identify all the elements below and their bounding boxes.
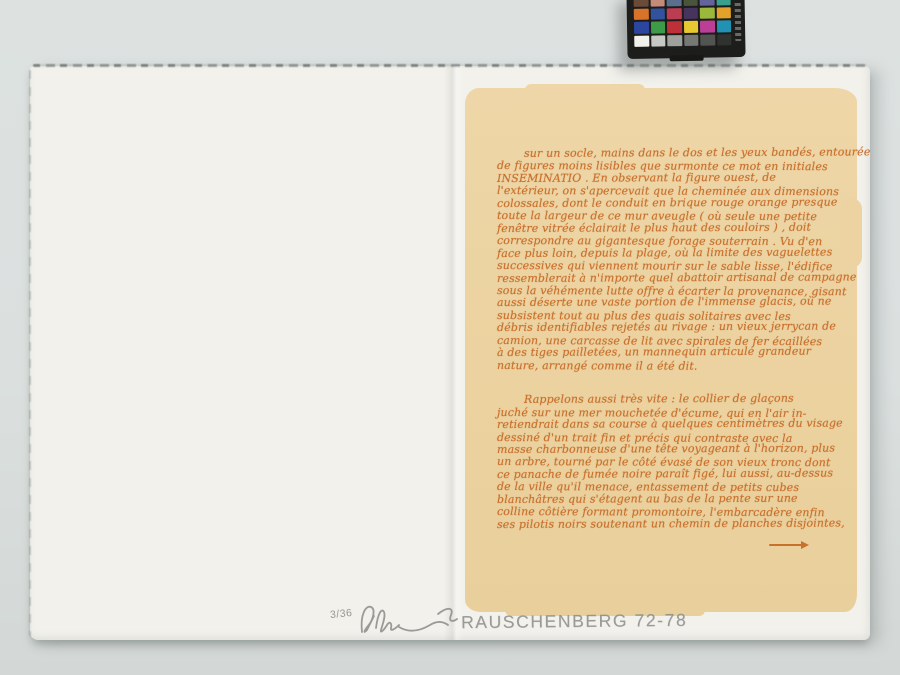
arrow-shaft: [769, 544, 804, 546]
card-bottom-tab: [670, 55, 704, 62]
manuscript-paragraph-1: sur un socle, mains dans le dos et les y…: [497, 148, 829, 372]
manuscript-text: sur un socle, mains dans le dos et les y…: [497, 148, 829, 549]
card-label-strip: [735, 0, 742, 41]
handwritten-line: ressemblerait à n'importe quel abattoir …: [497, 271, 829, 285]
color-patch: [699, 0, 714, 5]
edition-number: 3/36: [329, 607, 353, 621]
color-patch: [700, 7, 715, 19]
handwritten-line: à des tiges pailletées, un mannequin art…: [497, 346, 829, 360]
color-patch: [684, 34, 699, 46]
handwritten-line: colossales, dont le conduit en brique ro…: [497, 196, 829, 210]
color-patch: [683, 21, 698, 33]
color-patch: [667, 8, 682, 20]
color-patch: [700, 21, 715, 33]
color-patch: [717, 34, 732, 46]
handwritten-line: ses pilotis noirs soutenant un chemin de…: [497, 517, 829, 531]
color-patch: [700, 34, 715, 46]
handwritten-line: débris identifiables rejetés au rivage :…: [497, 321, 829, 335]
color-patch: [634, 22, 649, 34]
color-patch: [683, 7, 698, 19]
center-fold: [444, 66, 464, 640]
color-patch: [650, 8, 665, 20]
edition-and-signature: 3/36: [330, 598, 465, 644]
printed-plate: sur un socle, mains dans le dos et les y…: [465, 88, 857, 612]
color-checker-grid: [633, 0, 731, 47]
handwritten-line: face plus loin, depuis la plage, où la l…: [497, 246, 829, 260]
color-patch: [667, 35, 682, 47]
color-patch: [716, 0, 731, 5]
photo-stage: sur un socle, mains dans le dos et les y…: [0, 0, 900, 675]
folio-sheet: sur un socle, mains dans le dos et les y…: [30, 66, 870, 640]
handwritten-line: blanchâtres qui s'étagent au bas de la p…: [497, 492, 829, 506]
color-checker-card: [626, 0, 745, 59]
color-patch: [651, 35, 666, 47]
color-patch: [634, 8, 649, 20]
color-patch: [666, 0, 681, 6]
deckled-left-edge: [29, 70, 31, 636]
handwritten-line: fenêtre vitrée éclairait le plus haut de…: [497, 221, 829, 235]
color-patch: [650, 21, 665, 33]
color-patch: [716, 20, 731, 32]
color-patch: [634, 35, 649, 47]
handwritten-line: retiendrait dans sa course à quelques ce…: [497, 418, 829, 432]
handwritten-line: nature, arrangé comme il a été dit.: [497, 360, 829, 374]
arrow-head-icon: [801, 541, 809, 549]
arrow-mark: [769, 540, 809, 549]
color-patch: [683, 0, 698, 6]
handwritten-line: aussi déserte une vaste portion de l'imm…: [497, 296, 829, 310]
handwritten-line: Rappelons aussi très vite : le collier d…: [497, 393, 829, 407]
color-patch: [716, 7, 731, 19]
color-patch: [650, 0, 665, 6]
color-patch: [667, 21, 682, 33]
plate-edge-bump: [525, 84, 645, 96]
manuscript-paragraph-2: Rappelons aussi très vite : le collier d…: [497, 394, 829, 531]
plate-edge-bump: [840, 198, 862, 268]
color-patch: [633, 0, 648, 6]
artist-signature: [354, 598, 459, 644]
artist-inscription: RAUSCHENBERG 72-78: [461, 610, 687, 633]
